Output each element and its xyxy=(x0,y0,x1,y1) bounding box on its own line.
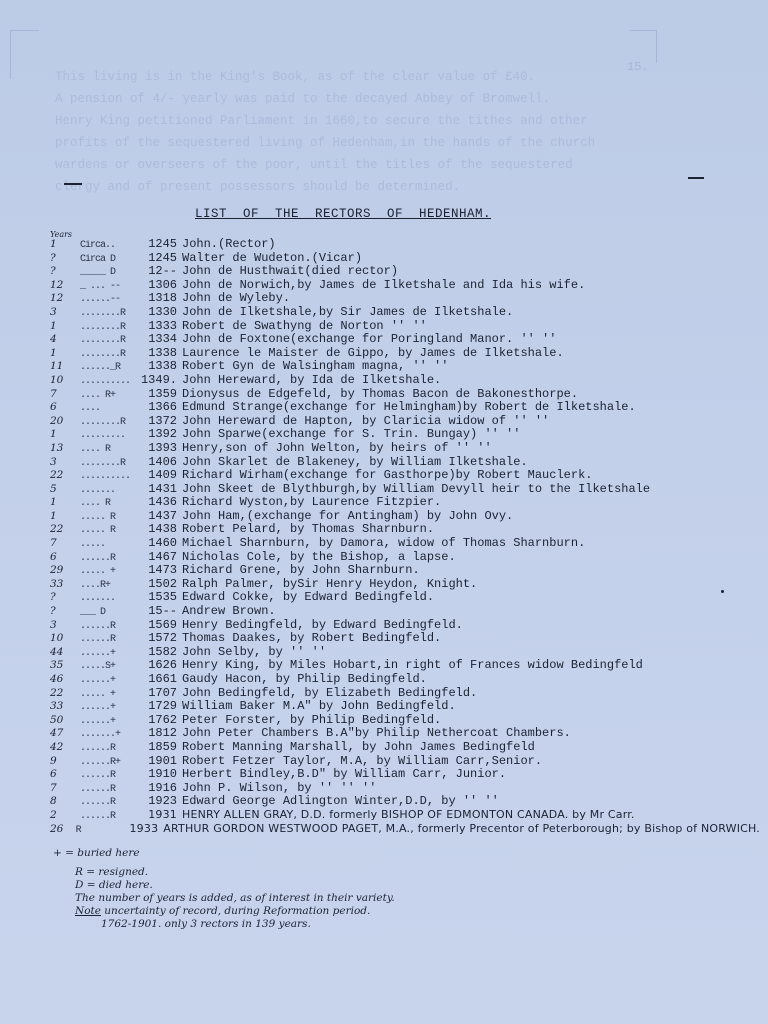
years-served: 22 xyxy=(50,523,80,535)
leader-marks: ......-- xyxy=(80,294,135,305)
rector-entry: Nicholas Cole, by the Bishop, a lapse. xyxy=(182,550,760,564)
leader-marks: .......... xyxy=(80,376,135,387)
rector-entry: John P. Wilson, by '' '' '' xyxy=(182,781,760,795)
rector-row: 3........R1330John de Ilketshale,by Sir … xyxy=(50,305,760,319)
institution-date: 1467 xyxy=(135,550,182,564)
institution-date: 1245 xyxy=(135,251,182,265)
years-served: 33 xyxy=(50,700,80,712)
leader-marks: ___ D xyxy=(80,607,135,618)
rector-entry: John.(Rector) xyxy=(182,237,760,251)
rector-entry: Gaudy Hacon, by Philip Bedingfeld. xyxy=(182,672,760,686)
leader-marks: ........R xyxy=(80,417,135,428)
years-served: 1 xyxy=(50,347,80,359)
leader-marks: Circa.. xyxy=(80,240,135,251)
leader-marks: ..... xyxy=(80,539,135,550)
rector-entry: Michael Sharnburn, by Damora, widow of T… xyxy=(182,536,760,550)
years-served: ? xyxy=(50,252,80,264)
leader-marks: ....R+ xyxy=(80,580,135,591)
years-served: 13 xyxy=(50,442,80,454)
rector-entry: Robert Manning Marshall, by John James B… xyxy=(182,740,760,754)
rector-row: 11......_R1338Robert Gyn de Walsingham m… xyxy=(50,359,760,373)
bleed-through-line: wardens or overseers of the poor, until … xyxy=(55,154,655,176)
rector-row: 13.... R1393Henry,son of John Welton, by… xyxy=(50,441,760,455)
institution-date: 1812 xyxy=(135,726,182,740)
institution-date: 1473 xyxy=(135,563,182,577)
rector-entry: Robert Fetzer Taylor, M.A, by William Ca… xyxy=(182,754,760,768)
leader-marks: ........R xyxy=(80,322,135,333)
years-served: ? xyxy=(50,605,80,617)
years-served: 6 xyxy=(50,401,80,413)
leader-marks: ......R xyxy=(80,784,135,795)
years-served: 33 xyxy=(50,578,80,590)
legend-resigned: R = resigned. xyxy=(75,866,395,879)
years-served: 1 xyxy=(50,238,80,250)
rector-entry: Richard Grene, by John Sharnburn. xyxy=(182,563,760,577)
years-served: 3 xyxy=(50,456,80,468)
document-title: LIST OF THE RECTORS OF HEDENHAM. xyxy=(195,207,491,221)
leader-marks: ....... xyxy=(80,593,135,604)
institution-date: 1569 xyxy=(135,618,182,632)
rector-row: 1.... R1436Richard Wyston,by Laurence Fi… xyxy=(50,495,760,509)
bleed-through-line: This living is in the King's Book, as of… xyxy=(55,66,655,88)
bleed-through-line: profits of the sequestered living of Hed… xyxy=(55,132,655,154)
institution-date: 1392 xyxy=(135,427,182,441)
rector-entry: Thomas Daakes, by Robert Bedingfeld. xyxy=(182,631,760,645)
note-key: Note xyxy=(75,905,101,917)
bleed-through-text: This living is in the King's Book, as of… xyxy=(55,66,655,198)
rector-row: 22..... +1707John Bedingfeld, by Elizabe… xyxy=(50,686,760,700)
legend-notes: + = buried here R = resigned. D = died h… xyxy=(75,847,395,931)
rector-entry: Edmund Strange(exchange for Helmingham)b… xyxy=(182,400,760,414)
years-served: 3 xyxy=(50,619,80,631)
leader-marks: ......+ xyxy=(80,648,135,659)
institution-date: 1582 xyxy=(135,645,182,659)
leader-marks: .......+ xyxy=(80,729,135,740)
institution-date: 1334 xyxy=(135,332,182,346)
institution-date: 1460 xyxy=(135,536,182,550)
rector-row: 8......R1923Edward George Adlington Wint… xyxy=(50,794,760,808)
rector-entry: John de Norwich,by James de Ilketshale a… xyxy=(182,278,760,292)
years-served: 29 xyxy=(50,564,80,576)
leader-marks: ......R xyxy=(80,634,135,645)
rector-row: 7......R1916John P. Wilson, by '' '' '' xyxy=(50,781,760,795)
institution-date: 1901 xyxy=(135,754,182,768)
legend-note-line2: 1762-1901. only 3 rectors in 139 years. xyxy=(75,918,395,931)
page-corner-mark-right xyxy=(630,30,657,63)
rector-entry: John de Ilketshale,by Sir James de Ilket… xyxy=(182,305,760,319)
institution-date: 1933 xyxy=(122,822,163,835)
rector-entry: John Hereward, by Ida de Ilketshale. xyxy=(182,373,760,387)
years-served: 1 xyxy=(50,496,80,508)
leader-marks: ..... + xyxy=(80,566,135,577)
leader-marks: _____ D xyxy=(80,267,135,278)
institution-date: 1436 xyxy=(135,495,182,509)
bleed-through-line: A pension of 4/- yearly was paid to the … xyxy=(55,88,655,110)
institution-date: 1438 xyxy=(135,522,182,536)
institution-date: 1572 xyxy=(135,631,182,645)
rector-entry: John de Husthwait(died rector) xyxy=(182,264,760,278)
leader-marks: .... xyxy=(80,403,135,414)
rector-row: 33......+1729William Baker M.A" by John … xyxy=(50,699,760,713)
leader-marks: ......R xyxy=(80,811,135,822)
rector-row: 2......R1931HENRY ALLEN GRAY, D.D. forme… xyxy=(50,808,760,822)
years-served: 44 xyxy=(50,646,80,658)
institution-date: 1409 xyxy=(135,468,182,482)
note-text: uncertainty of record, during Reformatio… xyxy=(101,905,370,917)
years-served: 12 xyxy=(50,292,80,304)
years-served: 1 xyxy=(50,428,80,440)
years-served: 35 xyxy=(50,659,80,671)
leader-marks: ......R xyxy=(80,743,135,754)
rector-entry: ARTHUR GORDON WESTWOOD PAGET, M.A., form… xyxy=(163,822,760,835)
rector-row: 42......R1859Robert Manning Marshall, by… xyxy=(50,740,760,754)
institution-date: 1366 xyxy=(135,400,182,414)
bleed-through-line: Henry King petitioned Parliament in 1660… xyxy=(55,110,655,132)
page-corner-mark-left xyxy=(10,30,39,79)
rector-entry: John Ham,(exchange for Antingham) by Joh… xyxy=(182,509,760,523)
institution-date: 1333 xyxy=(135,319,182,333)
leader-marks: ........R xyxy=(80,349,135,360)
rector-entry: Robert Pelard, by Thomas Sharnburn. xyxy=(182,522,760,536)
leader-marks: ......R xyxy=(80,553,135,564)
institution-date: 1762 xyxy=(135,713,182,727)
leader-marks: ......R xyxy=(80,621,135,632)
years-served: 12 xyxy=(50,279,80,291)
years-served: 7 xyxy=(50,537,80,549)
years-served: 6 xyxy=(50,768,80,780)
years-served: 2 xyxy=(50,809,80,821)
legend-years-note: The number of years is added, as of inte… xyxy=(75,892,395,905)
institution-date: 1306 xyxy=(135,278,182,292)
years-served: 1 xyxy=(50,510,80,522)
leader-marks: .......... xyxy=(80,471,135,482)
rector-row: 4........R1334John de Foxtone(exchange f… xyxy=(50,332,760,346)
rector-row: ?___ D15--Andrew Brown. xyxy=(50,604,760,618)
leader-marks: .... R+ xyxy=(80,390,135,401)
rector-entry: Richard Wirham(exchange for Gasthorpe)by… xyxy=(182,468,760,482)
years-served: 6 xyxy=(50,551,80,563)
years-served: 20 xyxy=(50,415,80,427)
legend-buried: + = buried here xyxy=(53,847,395,860)
leader-marks: ......+ xyxy=(80,675,135,686)
leader-marks: .....S+ xyxy=(80,661,135,672)
rector-row: 9......R+1901Robert Fetzer Taylor, M.A, … xyxy=(50,754,760,768)
institution-date: 1349. xyxy=(135,373,182,387)
rector-row: 1..... R1437John Ham,(exchange for Antin… xyxy=(50,509,760,523)
institution-date: 1318 xyxy=(135,291,182,305)
bleed-through-line: clergy and of present possessors should … xyxy=(55,176,655,198)
years-served: 22 xyxy=(50,687,80,699)
rector-row: 1........R1338Laurence le Maister de Gip… xyxy=(50,346,760,360)
rector-entry: Herbert Bindley,B.D" by William Carr, Ju… xyxy=(182,767,760,781)
rector-row: 6......R1467Nicholas Cole, by the Bishop… xyxy=(50,550,760,564)
leader-marks: .... R xyxy=(80,498,135,509)
rector-row: 7.....1460Michael Sharnburn, by Damora, … xyxy=(50,536,760,550)
rector-row: 47.......+1812John Peter Chambers B.A"by… xyxy=(50,726,760,740)
rector-row: 46......+1661Gaudy Hacon, by Philip Bedi… xyxy=(50,672,760,686)
years-served: 3 xyxy=(50,306,80,318)
institution-date: 1626 xyxy=(135,658,182,672)
institution-date: 1535 xyxy=(135,590,182,604)
legend-note: Note uncertainty of record, during Refor… xyxy=(75,905,395,918)
rector-entry: Henry,son of John Welton, by heirs of ''… xyxy=(182,441,760,455)
institution-date: 1931 xyxy=(135,808,182,821)
leader-marks: ......+ xyxy=(80,702,135,713)
institution-date: 1330 xyxy=(135,305,182,319)
rector-entry: Richard Wyston,by Laurence Fitzpier. xyxy=(182,495,760,509)
rector-row: 5.......1431John Skeet de Blythburgh,by … xyxy=(50,482,760,496)
leader-marks: ..... R xyxy=(80,512,135,523)
institution-date: 1910 xyxy=(135,767,182,781)
leader-marks: ....... xyxy=(80,485,135,496)
rector-row: 44......+1582John Selby, by '' '' xyxy=(50,645,760,659)
margin-mark xyxy=(64,183,82,185)
institution-date: 15-- xyxy=(135,604,182,618)
leader-marks: R xyxy=(76,825,123,836)
rector-entry: Robert Gyn de Walsingham magna, '' '' xyxy=(182,359,760,373)
rector-entry: Edward George Adlington Winter,D.D, by '… xyxy=(182,794,760,808)
years-served: 7 xyxy=(50,388,80,400)
institution-date: 1437 xyxy=(135,509,182,523)
institution-date: 1338 xyxy=(135,346,182,360)
years-served: 9 xyxy=(50,755,80,767)
leader-marks: ........R xyxy=(80,458,135,469)
institution-date: 1406 xyxy=(135,455,182,469)
leader-marks: ..... + xyxy=(80,689,135,700)
rector-row: 1........R1333Robert de Swathyng de Nort… xyxy=(50,319,760,333)
rector-row: 3........R1406John Skarlet de Blakeney, … xyxy=(50,455,760,469)
years-served: 10 xyxy=(50,374,80,386)
institution-date: 1923 xyxy=(135,794,182,808)
leader-marks: ......+ xyxy=(80,716,135,727)
rector-entry: Edward Cokke, by Edward Bedingfeld. xyxy=(182,590,760,604)
rector-row: 26 R1933ARTHUR GORDON WESTWOOD PAGET, M.… xyxy=(50,822,760,836)
rector-row: 12......--1318John de Wyleby. xyxy=(50,291,760,305)
rector-entry: Dionysus de Edgefeld, by Thomas Bacon de… xyxy=(182,387,760,401)
years-served: 26 xyxy=(50,823,76,835)
rector-row: 33....R+1502Ralph Palmer, bySir Henry He… xyxy=(50,577,760,591)
leader-marks: ......R xyxy=(80,797,135,808)
years-served: 1 xyxy=(50,320,80,332)
rectors-list: 1Circa..1245John.(Rector)?Circa D1245Wal… xyxy=(50,237,760,835)
leader-marks: ......R+ xyxy=(80,757,135,768)
institution-date: 1431 xyxy=(135,482,182,496)
rector-entry: Walter de Wudeton.(Vicar) xyxy=(182,251,760,265)
rector-entry: John Bedingfeld, by Elizabeth Bedingfeld… xyxy=(182,686,760,700)
rector-entry: John de Foxtone(exchange for Poringland … xyxy=(182,332,760,346)
years-served: 42 xyxy=(50,741,80,753)
rector-entry: Henry King, by Miles Hobart,in right of … xyxy=(182,658,760,672)
leader-marks: .... R xyxy=(80,444,135,455)
years-served: ? xyxy=(50,591,80,603)
rector-entry: John Skeet de Blythburgh,by William Devy… xyxy=(182,482,760,496)
institution-date: 1859 xyxy=(135,740,182,754)
institution-date: 12-- xyxy=(135,264,182,278)
years-served: 8 xyxy=(50,795,80,807)
rector-entry: John Selby, by '' '' xyxy=(182,645,760,659)
rector-entry: John Peter Chambers B.A"by Philip Nether… xyxy=(182,726,760,740)
institution-date: 1393 xyxy=(135,441,182,455)
leader-marks: _ ... -- xyxy=(80,281,135,292)
years-served: 11 xyxy=(50,360,80,372)
rector-entry: John de Wyleby. xyxy=(182,291,760,305)
rector-entry: HENRY ALLEN GRAY, D.D. formerly BISHOP O… xyxy=(182,808,760,821)
years-served: 50 xyxy=(50,714,80,726)
rector-entry: John Skarlet de Blakeney, by William Ilk… xyxy=(182,455,760,469)
rector-row: 7.... R+1359Dionysus de Edgefeld, by Tho… xyxy=(50,387,760,401)
rector-entry: Ralph Palmer, bySir Henry Heydon, Knight… xyxy=(182,577,760,591)
years-served: 47 xyxy=(50,727,80,739)
rector-row: ?.......1535Edward Cokke, by Edward Bedi… xyxy=(50,590,760,604)
margin-mark xyxy=(688,177,704,179)
rector-row: 20........R1372John Hereward de Hapton, … xyxy=(50,414,760,428)
rector-row: 29..... +1473Richard Grene, by John Shar… xyxy=(50,563,760,577)
rector-entry: William Baker M.A" by John Bedingfeld. xyxy=(182,699,760,713)
rector-row: 10......R1572Thomas Daakes, by Robert Be… xyxy=(50,631,760,645)
rector-row: 50......+1762Peter Forster, by Philip Be… xyxy=(50,713,760,727)
institution-date: 1916 xyxy=(135,781,182,795)
rector-row: ?Circa D1245Walter de Wudeton.(Vicar) xyxy=(50,251,760,265)
institution-date: 1372 xyxy=(135,414,182,428)
institution-date: 1661 xyxy=(135,672,182,686)
years-served: 22 xyxy=(50,469,80,481)
rector-entry: John Hereward de Hapton, by Claricia wid… xyxy=(182,414,760,428)
rector-row: 22..........1409Richard Wirham(exchange … xyxy=(50,468,760,482)
leader-marks: ......_R xyxy=(80,362,135,373)
rector-entry: Henry Bedingfeld, by Edward Bedingfeld. xyxy=(182,618,760,632)
leader-marks: ......R xyxy=(80,770,135,781)
rector-entry: John Sparwe(exchange for S. Trin. Bungay… xyxy=(182,427,760,441)
leader-marks: Circa D xyxy=(80,254,135,265)
rector-row: 1.........1392John Sparwe(exchange for S… xyxy=(50,427,760,441)
institution-date: 1338 xyxy=(135,359,182,373)
leader-marks: ........R xyxy=(80,335,135,346)
years-served: 5 xyxy=(50,483,80,495)
rector-row: ?_____ D12--John de Husthwait(died recto… xyxy=(50,264,760,278)
legend-died: D = died here. xyxy=(75,879,395,892)
institution-date: 1359 xyxy=(135,387,182,401)
institution-date: 1245 xyxy=(135,237,182,251)
leader-marks: ........R xyxy=(80,308,135,319)
rector-row: 12_ ... --1306John de Norwich,by James d… xyxy=(50,278,760,292)
rector-entry: Andrew Brown. xyxy=(182,604,760,618)
years-served: 46 xyxy=(50,673,80,685)
rector-row: 22..... R1438Robert Pelard, by Thomas Sh… xyxy=(50,522,760,536)
years-served: ? xyxy=(50,265,80,277)
institution-date: 1502 xyxy=(135,577,182,591)
rector-row: 35.....S+1626Henry King, by Miles Hobart… xyxy=(50,658,760,672)
rector-row: 10..........1349.John Hereward, by Ida d… xyxy=(50,373,760,387)
leader-marks: ......... xyxy=(80,430,135,441)
rector-entry: Peter Forster, by Philip Bedingfeld. xyxy=(182,713,760,727)
institution-date: 1729 xyxy=(135,699,182,713)
rector-row: 6......R1910Herbert Bindley,B.D" by Will… xyxy=(50,767,760,781)
rector-row: 1Circa..1245John.(Rector) xyxy=(50,237,760,251)
leader-marks: ..... R xyxy=(80,525,135,536)
years-served: 4 xyxy=(50,333,80,345)
institution-date: 1707 xyxy=(135,686,182,700)
rector-row: 6....1366Edmund Strange(exchange for Hel… xyxy=(50,400,760,414)
rector-entry: Robert de Swathyng de Norton '' '' xyxy=(182,319,760,333)
years-served: 10 xyxy=(50,632,80,644)
rector-entry: Laurence le Maister de Gippo, by James d… xyxy=(182,346,760,360)
years-served: 7 xyxy=(50,782,80,794)
rector-row: 3......R1569Henry Bedingfeld, by Edward … xyxy=(50,618,760,632)
